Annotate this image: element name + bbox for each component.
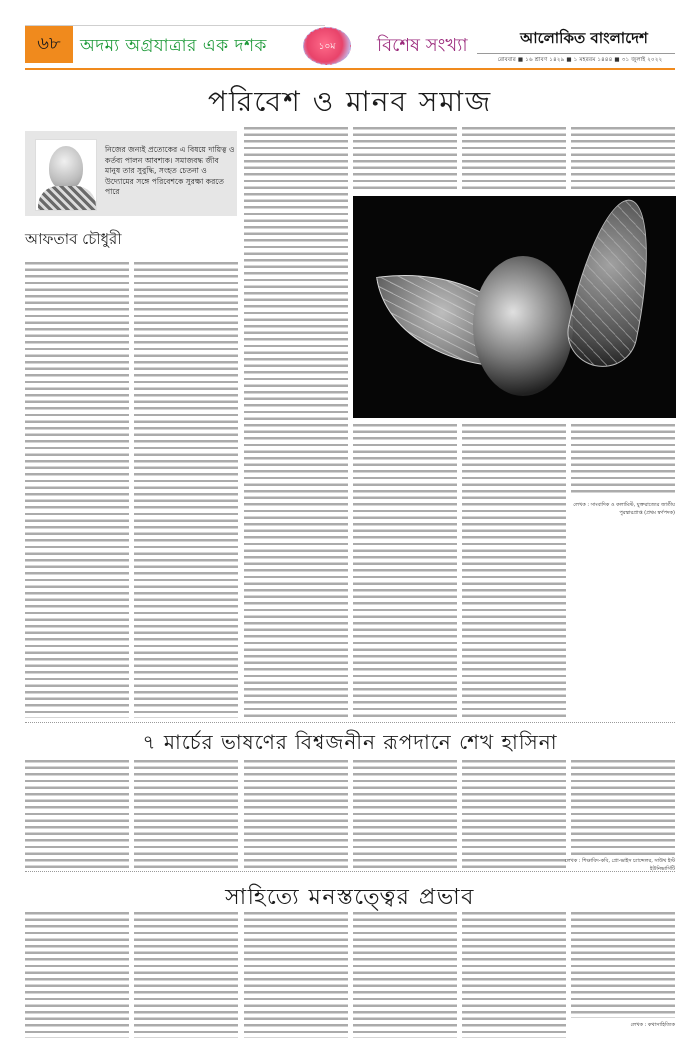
article-1-column-1 <box>25 262 129 718</box>
author-photo-shirt <box>38 186 96 211</box>
article-2-title: ৭ মার্চের ভাষণের বিশ্বজনীন রূপদানে শেখ হ… <box>0 728 700 761</box>
newspaper-logo: আলোকিত বাংলাদেশ <box>493 27 675 52</box>
pullquote-text: নিজের জন্যই প্রত্যেকের এ বিষয়ে দায়িত্ব… <box>105 145 235 198</box>
author-photo <box>35 139 97 211</box>
article-3-writer-note: লেখক : কথাসাহিত্যিক <box>560 1022 675 1030</box>
text-lines <box>134 262 238 718</box>
text-lines <box>244 127 348 718</box>
text-lines <box>353 127 457 191</box>
article-1-column-5-top <box>462 127 566 191</box>
article-3-column-4 <box>353 912 457 1038</box>
section-divider <box>25 722 675 723</box>
article-1-column-4 <box>353 424 457 718</box>
article-1-column-4-top <box>353 127 457 191</box>
text-lines <box>134 760 238 868</box>
pullquote-box: নিজের জন্যই প্রত্যেকের এ বিষয়ে দায়িত্ব… <box>25 131 237 216</box>
badge-text: ১০ম <box>319 39 336 54</box>
article-1-column-6 <box>571 424 675 494</box>
masthead-rule <box>477 53 675 54</box>
article-3-column-2 <box>134 912 238 1038</box>
article-1-title: পরিবেশ ও মানব সমাজ <box>0 80 700 127</box>
article-1-column-2 <box>134 262 238 718</box>
text-lines <box>571 424 675 494</box>
article-2-column-3 <box>244 760 348 868</box>
article-2-column-6 <box>571 760 675 856</box>
leaf-shape <box>473 256 573 396</box>
leaf-shape <box>561 196 665 373</box>
text-lines <box>353 912 457 1038</box>
text-lines <box>134 912 238 1038</box>
article-2-column-5 <box>462 760 566 868</box>
article-2-column-1 <box>25 760 129 868</box>
article-1-column-6-top <box>571 127 675 191</box>
text-lines <box>244 912 348 1038</box>
text-lines <box>25 912 129 1038</box>
text-lines <box>353 424 457 718</box>
article-1-column-3 <box>244 127 348 718</box>
article-3-column-6 <box>571 912 675 1018</box>
article-1-writer-note: লেখক : সাংবাদিক ও কলামিস্ট, যুক্তরাজ্যের… <box>560 502 675 518</box>
text-lines <box>462 912 566 1038</box>
text-lines <box>571 127 675 191</box>
text-lines <box>25 760 129 868</box>
text-lines <box>571 760 675 856</box>
anniversary-tagline: অদম্য অগ্রযাত্রার এক দশক <box>80 33 267 61</box>
article-3-column-5 <box>462 912 566 1038</box>
text-lines <box>353 760 457 868</box>
article-2-column-2 <box>134 760 238 868</box>
text-lines <box>25 262 129 718</box>
leaf-photograph <box>353 196 676 418</box>
article-1-column-5 <box>462 424 566 718</box>
special-issue-label: বিশেষ সংখ্যা <box>377 31 468 62</box>
text-lines <box>462 127 566 191</box>
article-3-column-3 <box>244 912 348 1038</box>
text-lines <box>462 424 566 718</box>
text-lines <box>462 760 566 868</box>
page-number: ৬৮ <box>25 26 73 63</box>
anniversary-logo-icon: ১০ম <box>303 27 351 65</box>
text-lines <box>571 912 675 1018</box>
section-divider <box>25 871 675 872</box>
author-photo-head <box>49 146 83 190</box>
text-lines <box>244 760 348 868</box>
author-name: আফতাব চৌধুরী <box>25 228 122 253</box>
masthead-divider <box>25 68 675 70</box>
masthead: ৬৮ অদম্য অগ্রযাত্রার এক দশক ১০ম বিশেষ সং… <box>25 25 675 65</box>
article-3-column-1 <box>25 912 129 1038</box>
article-2-column-4 <box>353 760 457 868</box>
dateline: রোববার ■ ১৬ শ্রাবণ ১৪২৯ ■ ১ মহররম ১৪৪৪ ■… <box>485 57 675 65</box>
